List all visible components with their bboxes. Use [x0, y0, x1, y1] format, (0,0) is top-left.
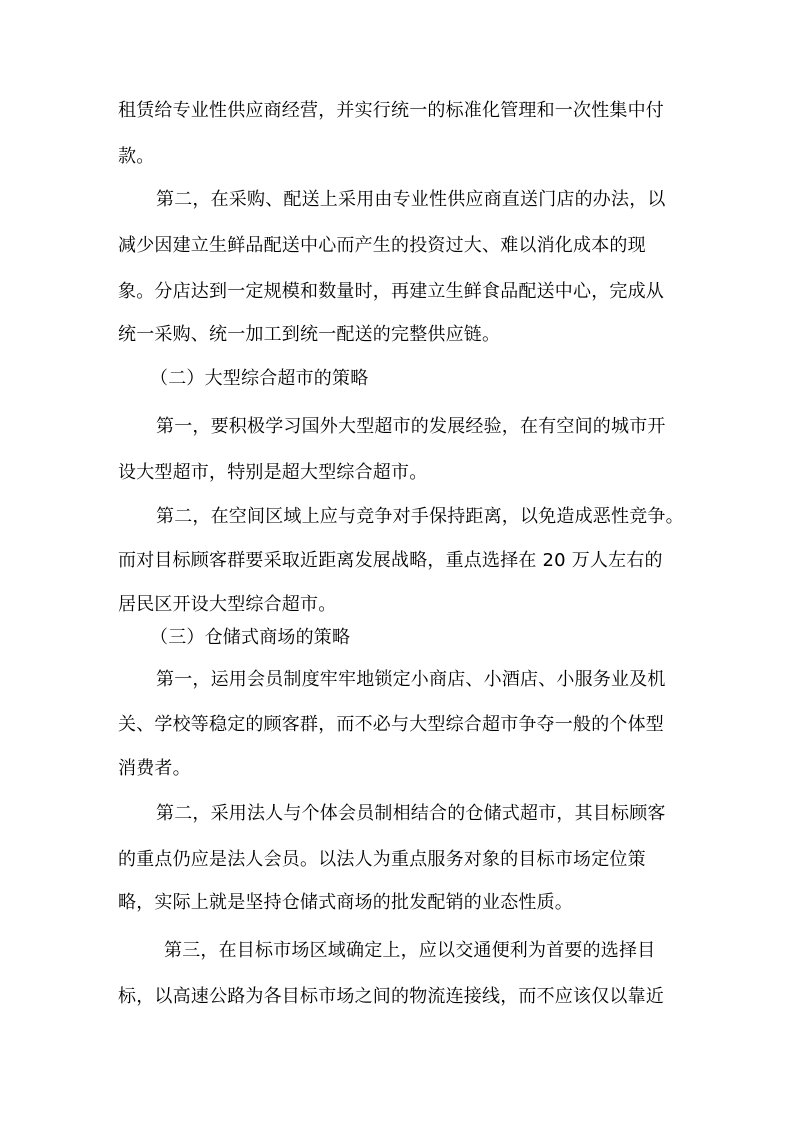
body-line: 象。分店达到一定规模和数量时，再建立生鲜食品配送中心，完成从	[118, 280, 678, 304]
section-heading: （二）大型综合超市的策略	[150, 367, 710, 391]
paragraph-start: 第二，在采购、配送上采用由专业性供应商直送门店的办法，以	[156, 188, 716, 212]
body-line: 标，以高速公路为各目标市场之间的物流连接线，而不应该仅以靠近	[118, 985, 678, 1009]
body-line: 统一采购、统一加工到统一配送的完整供应链。	[118, 323, 678, 347]
body-line: 关、学校等稳定的顾客群，而不必与大型综合超市争夺一般的个体型	[118, 713, 678, 737]
section-heading: （三）仓储式商场的策略	[150, 626, 710, 650]
body-line: 居民区开设大型综合超市。	[118, 593, 678, 617]
body-line: 设大型超市，特别是超大型综合超市。	[118, 461, 678, 485]
paragraph-start: 第一，运用会员制度牢牢地锁定小商店、小酒店、小服务业及机	[156, 668, 716, 692]
body-line: 消费者。	[118, 757, 678, 781]
paragraph-start: 第二，在空间区域上应与竞争对手保持距离，以免造成恶性竞争。	[156, 505, 716, 529]
document-page: 租赁给专业性供应商经营，并实行统一的标准化管理和一次性集中付 款。 第二，在采购…	[0, 0, 793, 1122]
body-line: 而对目标顾客群要采取近距离发展战略，重点选择在 20 万人左右的	[118, 549, 678, 573]
paragraph-start: 第三，在目标市场区域确定上，应以交通便利为首要的选择目	[164, 939, 724, 963]
paragraph-start: 第一，要积极学习国外大型超市的发展经验，在有空间的城市开	[156, 415, 716, 439]
body-line: 款。	[118, 145, 678, 169]
body-line: 减少因建立生鲜品配送中心而产生的投资过大、难以消化成本的现	[118, 234, 678, 258]
paragraph-start: 第二，采用法人与个体会员制相结合的仓储式超市，其目标顾客	[156, 802, 716, 826]
body-line: 租赁给专业性供应商经营，并实行统一的标准化管理和一次性集中付	[118, 99, 678, 123]
body-line: 略，实际上就是坚持仓储式商场的批发配销的业态性质。	[118, 891, 678, 915]
body-line: 的重点仍应是法人会员。以法人为重点服务对象的目标市场定位策	[118, 848, 678, 872]
